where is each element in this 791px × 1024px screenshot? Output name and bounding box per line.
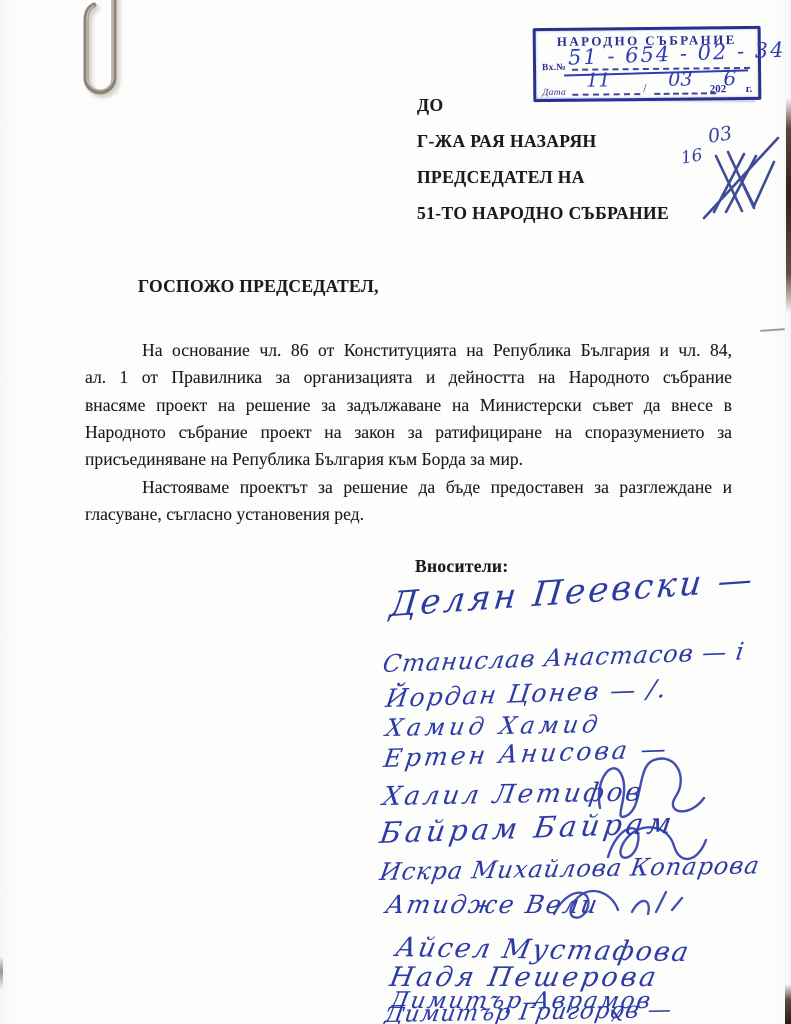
right-edge-shadow-top — [786, 98, 791, 313]
scanned-document-page: НАРОДНО СЪБРАНИЕ Вх.№ 51 - 654 - 02 - 34… — [0, 0, 791, 1024]
body-line: Настояваме проектът за решение да бъде п… — [85, 474, 732, 501]
signature: Йордан Цонев — /. — [384, 674, 670, 713]
signature-flourish-icon — [602, 812, 712, 877]
stamp-year-digit-handwritten: 6 — [723, 66, 736, 90]
body-line: Народното събрание проект на закон за ра… — [85, 419, 732, 446]
body-paragraph-2: Настояваме проектът за решение да бъде п… — [85, 474, 732, 529]
recipient-line-assembly: 51-ТО НАРОДНО СЪБРАНИЕ — [417, 195, 669, 231]
salutation: ГОСПОЖО ПРЕДСЕДАТЕЛ, — [138, 276, 379, 297]
body-line: гласуване, съгласно установения ред. — [85, 501, 732, 528]
recipient-line-title: ПРЕДСЕДАТЕЛ НА — [417, 159, 669, 195]
stamp-year-suffix: г. — [746, 83, 753, 95]
submitters-heading: Вносители: — [415, 556, 508, 577]
signature: Димитър Григоров — — [383, 997, 674, 1024]
right-edge-shadow-bottom — [785, 984, 791, 1024]
body-line: внасяме проект на решение за задължаване… — [85, 392, 732, 419]
stamp-date-month-handwritten: 03 — [668, 69, 692, 91]
stamp-registration-row: Вх.№ 51 - 654 - 02 - 34 — [542, 48, 752, 75]
annotation-x-mark: х — [609, 1001, 624, 1024]
signature-flourish-icon — [548, 876, 698, 936]
body-line: ал. 1 от Правилника за организацията и д… — [85, 364, 732, 391]
signature: Станислав Анастасов — і — [381, 637, 747, 678]
body-line: На основание чл. 86 от Конституцията на … — [85, 337, 732, 364]
body-line: присъединяване на Република България към… — [85, 446, 732, 473]
recipient-line-to: ДО — [417, 87, 669, 123]
recipient-block: ДО Г-ЖА РАЯ НАЗАРЯН ПРЕДСЕДАТЕЛ НА 51-ТО… — [417, 87, 669, 231]
monogram-initials-mark-icon — [652, 116, 791, 236]
stamp-reg-label: Вх.№ — [542, 63, 566, 73]
paper-clip-icon — [68, 0, 148, 120]
body-paragraph-1: На основание чл. 86 от Конституцията на … — [85, 337, 732, 473]
margin-pencil-dash — [760, 328, 785, 332]
left-edge-mark — [0, 956, 3, 990]
recipient-line-name: Г-ЖА РАЯ НАЗАРЯН — [417, 123, 669, 159]
